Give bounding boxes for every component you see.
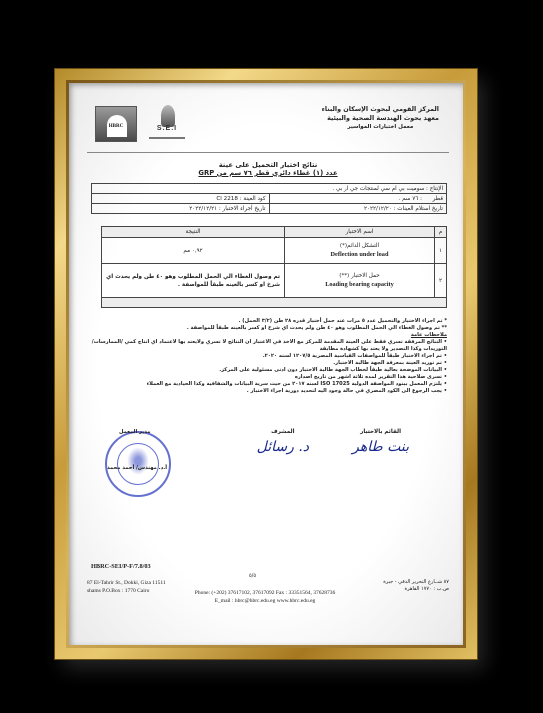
tester-label: القائم بالاختبار: [360, 429, 401, 435]
empty-row: [102, 298, 447, 308]
production-cell: الإنتاج : سوميت بي ام سي لمنتجات جي ار ب…: [92, 184, 447, 194]
table-row: ٢ حمل الاختبار (**) Loading bearing capa…: [102, 264, 447, 298]
general-note: • البيانات الموضحة بعالية طبقاً لخطاب ال…: [91, 367, 447, 374]
supervisor-signature: د. رسائل: [257, 439, 309, 455]
result-cell: ٠,٩٢ مم: [102, 238, 285, 264]
manager-signature-block: مدير المعمل أ.د. مهندس/ أحمد محمد: [99, 429, 179, 509]
org-line-1: المركز القومي لبحوث الإسكان والبناء: [322, 105, 439, 114]
org-line-2: معهد بحوث الهندسة الصحية والبيئية: [322, 114, 439, 123]
test-results-table: م اسم الاختبار النتيجة ١ التشكل الدائم(*…: [101, 226, 447, 308]
diameter-cell: قطر : ٧٦ سم .: [269, 194, 447, 204]
test-name-cell: حمل الاختبار (**) Loading bearing capaci…: [284, 264, 434, 298]
col-result-header: النتيجة: [102, 227, 285, 238]
email-website: E_mail : hbrc@hbrc.edu.eg www.hbrc.edu.e…: [165, 597, 365, 605]
row-number: ٢: [434, 264, 446, 298]
document-title: نتائج اختبار التحميل على عينة عدد (١) غط…: [87, 161, 449, 177]
title-line-2: عدد (١) غطاء دائري قطر ٧٦ سم من GRP: [87, 169, 449, 177]
tester-signature-block: القائم بالاختبار بنت طاهر: [352, 429, 409, 455]
diameter-label: قطر: [433, 196, 443, 202]
table-row: ١ التشكل الدائم(*) Deflection under load…: [102, 238, 447, 264]
general-note: • يجب الرجوع الى الكود المصري في حالة وج…: [91, 388, 447, 395]
official-stamp-icon: [105, 431, 171, 497]
address-arabic: ٨٧ شــارع التحرير الدقي - جيزة ص.ب : ١٧٧…: [383, 579, 449, 593]
hbrc-logo-text: HBRC: [96, 124, 136, 129]
letterhead: HBRC S.E.I المركز القومي لبحوث الإسكان و…: [87, 93, 449, 153]
received-date-cell: تاريخ استلام العينات : ٢٠٢٢/١٢/٢٠: [269, 204, 447, 214]
contact-info: Phone: (+202) 37617102, 37617092 Fax : 3…: [165, 589, 365, 605]
supervisor-label: المشرف: [271, 429, 294, 435]
address-en-line-2: shams P.O.Box : 1770 Cairo: [87, 587, 166, 595]
supervisor-signature-block: المشرف د. رسائل: [257, 429, 309, 455]
page-number: ٥/٥: [249, 573, 256, 579]
signatures-section: القائم بالاختبار بنت طاهر المشرف د. رسائ…: [87, 429, 449, 519]
form-code: HBRC-SEI/P-F/7.8/03: [91, 563, 151, 570]
sei-logo-text: S.E.I: [149, 125, 185, 132]
result-cell: تم وصول الغطاء الي الحمل المطلوب وهو ٤٠ …: [102, 264, 285, 298]
address-english: 87 El-Tahrir St., Dokki, Giza 11511 sham…: [87, 579, 166, 595]
address-ar-line-2: ص.ب : ١٧٧٠ القاهرة: [383, 586, 449, 593]
results-header-row: م اسم الاختبار النتيجة: [102, 227, 447, 238]
certificate-mat: HBRC S.E.I المركز القومي لبحوث الإسكان و…: [69, 83, 463, 645]
manager-name: أ.د. مهندس/ أحمد محمد: [107, 465, 167, 471]
test-name-ar: التشكل الدائم(*): [340, 243, 379, 249]
gold-picture-frame: HBRC S.E.I المركز القومي لبحوث الإسكان و…: [55, 69, 477, 659]
col-no-header: م: [434, 227, 446, 238]
general-note: • تم اجراء الاختبار طبقاً للمواصفات القي…: [91, 353, 447, 360]
diameter-value: : ٧٦ سم .: [399, 196, 422, 202]
test-name-cell: التشكل الدائم(*) Deflection under load: [284, 238, 434, 264]
address-en-line-1: 87 El-Tahrir St., Dokki, Giza 11511: [87, 579, 166, 587]
sei-logo-underline: [149, 137, 185, 139]
sei-logo-icon: S.E.I: [149, 105, 185, 145]
general-note: • النتائج المرفقة تسري فقط على العينة ال…: [91, 339, 447, 353]
test-name-ar: حمل الاختبار (**): [339, 273, 379, 279]
general-note: • يلتزم المعمل ببنود المواصفة الدولية IS…: [91, 381, 447, 388]
tester-signature: بنت طاهر: [352, 439, 409, 455]
organization-name: المركز القومي لبحوث الإسكان والبناء معهد…: [322, 105, 439, 132]
general-notes-heading: ملاحظات عامة: [91, 332, 447, 339]
document-footer: HBRC-SEI/P-F/7.8/03 ٥/٥ 87 El-Tahrir St.…: [87, 563, 449, 623]
org-line-3: معمل اختبارات المواسير: [322, 123, 439, 132]
notes-section: * تم اجراء الاختبار والتحميل عدد ٥ مرات …: [91, 318, 447, 395]
test-name-en: Deflection under load: [289, 251, 430, 258]
frame-inner-bevel: HBRC S.E.I المركز القومي لبحوث الإسكان و…: [66, 80, 466, 648]
row-number: ١: [434, 238, 446, 264]
sample-info-table: الإنتاج : سوميت بي ام سي لمنتجات جي ار ب…: [91, 183, 447, 214]
col-test-name-header: اسم الاختبار: [284, 227, 434, 238]
address-ar-line-1: ٨٧ شــارع التحرير الدقي - جيزة: [383, 579, 449, 586]
phone-fax: Phone: (+202) 37617102, 37617092 Fax : 3…: [165, 589, 365, 597]
sei-dome-shape: [161, 105, 175, 127]
hbrc-logo-icon: HBRC: [95, 106, 137, 142]
certificate-page: HBRC S.E.I المركز القومي لبحوث الإسكان و…: [87, 93, 449, 643]
test-date-cell: تاريخ أجراء الاختبار : ٢٠٢٢/١٢/٢١: [92, 204, 270, 214]
general-note: • تسرى صلاحية هذا التقرير لمده ثلاثة اشه…: [91, 374, 447, 381]
empty-cell: [102, 298, 447, 308]
sample-code-cell: كود العينة : Cl 2218: [92, 194, 270, 204]
general-note: • تم توريد العينة بمعرفة الجهة طالبة الا…: [91, 360, 447, 367]
manager-label: مدير المعمل: [119, 429, 150, 435]
test-name-en: Loading bearing capacity: [289, 281, 430, 288]
note-star-2: ** تم وصول الغطاء الي الحمل المطلوب وهو …: [91, 325, 447, 332]
title-line-1: نتائج اختبار التحميل على عينة: [87, 161, 449, 169]
note-star-1: * تم اجراء الاختبار والتحميل عدد ٥ مرات …: [91, 318, 447, 325]
